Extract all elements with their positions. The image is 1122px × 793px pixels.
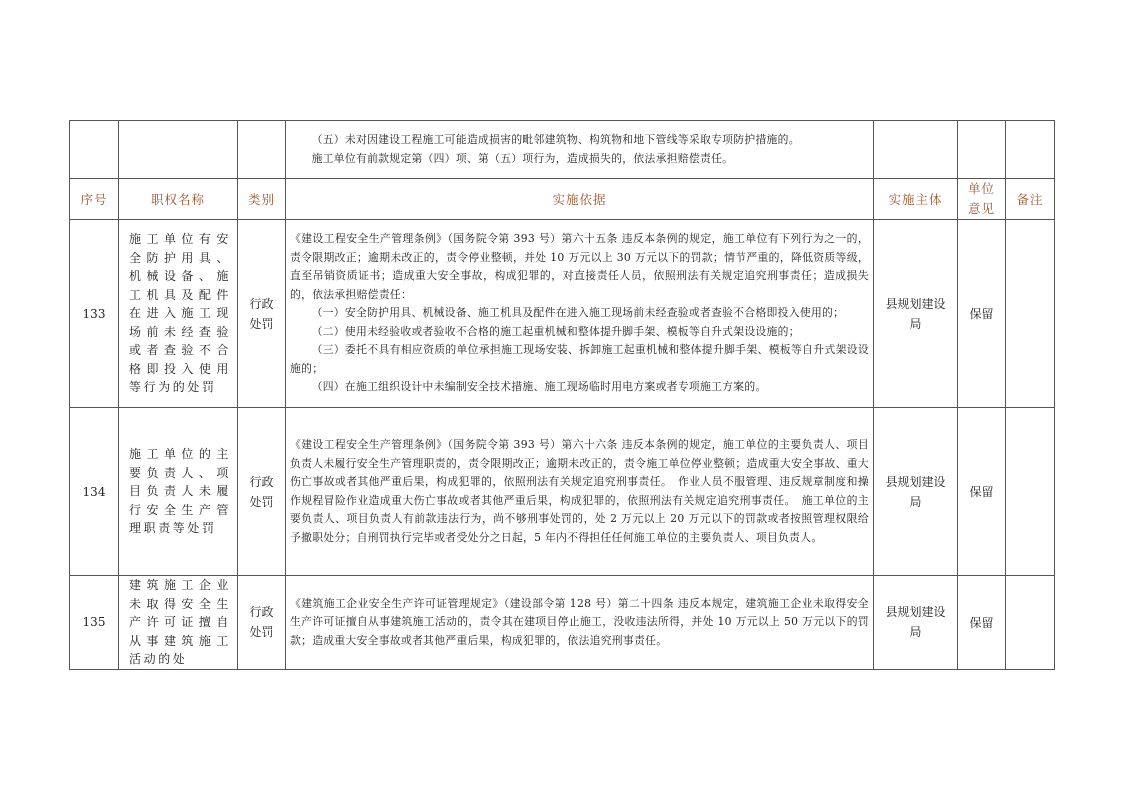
row-seq: 135 <box>70 576 119 670</box>
row-basis: 《建设工程安全生产管理条例》（国务院令第 393 号）第六十六条 违反本条例的规… <box>286 408 874 576</box>
row-subject: 县规划建设局 <box>874 408 958 576</box>
header-opinion-label: 单位意见 <box>968 181 995 216</box>
basis-paragraph: （一）安全防护用具、机械设备、施工机具及配件在进入施工现场前未经查验或者查验不合… <box>290 304 869 323</box>
table-header-row: 序号 职权名称 类别 实施依据 实施主体 单位意见 备注 <box>70 179 1055 220</box>
row-power-name: 施工单位的主要负责人、项目负责人未履行安全生产管理职责等处罚 <box>119 408 238 576</box>
header-seq: 序号 <box>70 179 119 220</box>
row-remarks <box>1006 220 1055 408</box>
row-subject: 县规划建设局 <box>874 576 958 670</box>
basis-paragraph: 《建设工程安全生产管理条例》（国务院令第 393 号）第六十五条 违反本条例的规… <box>290 230 869 304</box>
row-opinion: 保留 <box>958 408 1006 576</box>
row-category: 行政处罚 <box>238 220 286 408</box>
basis-paragraph: （五）未对因建设工程施工可能造成损害的毗邻建筑物、构筑物和地下管线等采取专项防护… <box>290 131 869 150</box>
row-seq: 133 <box>70 220 119 408</box>
header-subject: 实施主体 <box>874 179 958 220</box>
header-category: 类别 <box>238 179 286 220</box>
continuation-seq-cell <box>70 121 119 179</box>
row-remarks <box>1006 576 1055 670</box>
continuation-category-cell <box>238 121 286 179</box>
basis-paragraph: （三）委托不具有相应资质的单位承担施工现场安装、拆卸施工起重机械和整体提升脚手架… <box>290 341 869 378</box>
table-row: 133 施工单位有安全防护用具、机械设备、施工机具及配件在进入施工现场前未经查验… <box>70 220 1055 408</box>
row-category-label: 行政处罚 <box>249 605 273 639</box>
row-remarks <box>1006 408 1055 576</box>
continuation-subject-cell <box>874 121 958 179</box>
basis-paragraph: 《建筑施工企业安全生产许可证管理规定》（建设部令第 128 号）第二十四条 违反… <box>290 595 869 651</box>
header-remarks: 备注 <box>1006 179 1055 220</box>
row-opinion: 保留 <box>958 220 1006 408</box>
table-row: 134 施工单位的主要负责人、项目负责人未履行安全生产管理职责等处罚 行政处罚 … <box>70 408 1055 576</box>
header-opinion: 单位意见 <box>958 179 1006 220</box>
basis-paragraph: （二）使用未经验收或者验收不合格的施工起重机械和整体提升脚手架、模板等自升式架设… <box>290 323 869 342</box>
continuation-row: （五）未对因建设工程施工可能造成损害的毗邻建筑物、构筑物和地下管线等采取专项防护… <box>70 121 1055 179</box>
header-name: 职权名称 <box>119 179 238 220</box>
row-category: 行政处罚 <box>238 408 286 576</box>
row-basis: 《建筑施工企业安全生产许可证管理规定》（建设部令第 128 号）第二十四条 违反… <box>286 576 874 670</box>
row-seq: 134 <box>70 408 119 576</box>
power-list-table: （五）未对因建设工程施工可能造成损害的毗邻建筑物、构筑物和地下管线等采取专项防护… <box>69 120 1055 670</box>
row-power-name: 施工单位有安全防护用具、机械设备、施工机具及配件在进入施工现场前未经查验或者查验… <box>119 220 238 408</box>
row-power-name: 建筑施工企业未取得安全生产许可证擅自从事建筑施工活动的处 <box>119 576 238 670</box>
table-row: 135 建筑施工企业未取得安全生产许可证擅自从事建筑施工活动的处 行政处罚 《建… <box>70 576 1055 670</box>
basis-paragraph: 《建设工程安全生产管理条例》（国务院令第 393 号）第六十六条 违反本条例的规… <box>290 436 869 547</box>
header-basis: 实施依据 <box>286 179 874 220</box>
continuation-opinion-cell <box>958 121 1006 179</box>
basis-paragraph: （四）在施工组织设计中未编制安全技术措施、施工现场临时用电方案或者专项施工方案的… <box>290 378 869 397</box>
row-category-label: 行政处罚 <box>249 475 273 509</box>
row-category-label: 行政处罚 <box>249 297 273 331</box>
continuation-name-cell <box>119 121 238 179</box>
continuation-basis-cell: （五）未对因建设工程施工可能造成损害的毗邻建筑物、构筑物和地下管线等采取专项防护… <box>286 121 874 179</box>
row-subject: 县规划建设局 <box>874 220 958 408</box>
row-basis: 《建设工程安全生产管理条例》（国务院令第 393 号）第六十五条 违反本条例的规… <box>286 220 874 408</box>
basis-paragraph: 施工单位有前款规定第（四）项、第（五）项行为，造成损失的，依法承担赔偿责任。 <box>290 150 869 169</box>
row-opinion: 保留 <box>958 576 1006 670</box>
continuation-remarks-cell <box>1006 121 1055 179</box>
row-category: 行政处罚 <box>238 576 286 670</box>
